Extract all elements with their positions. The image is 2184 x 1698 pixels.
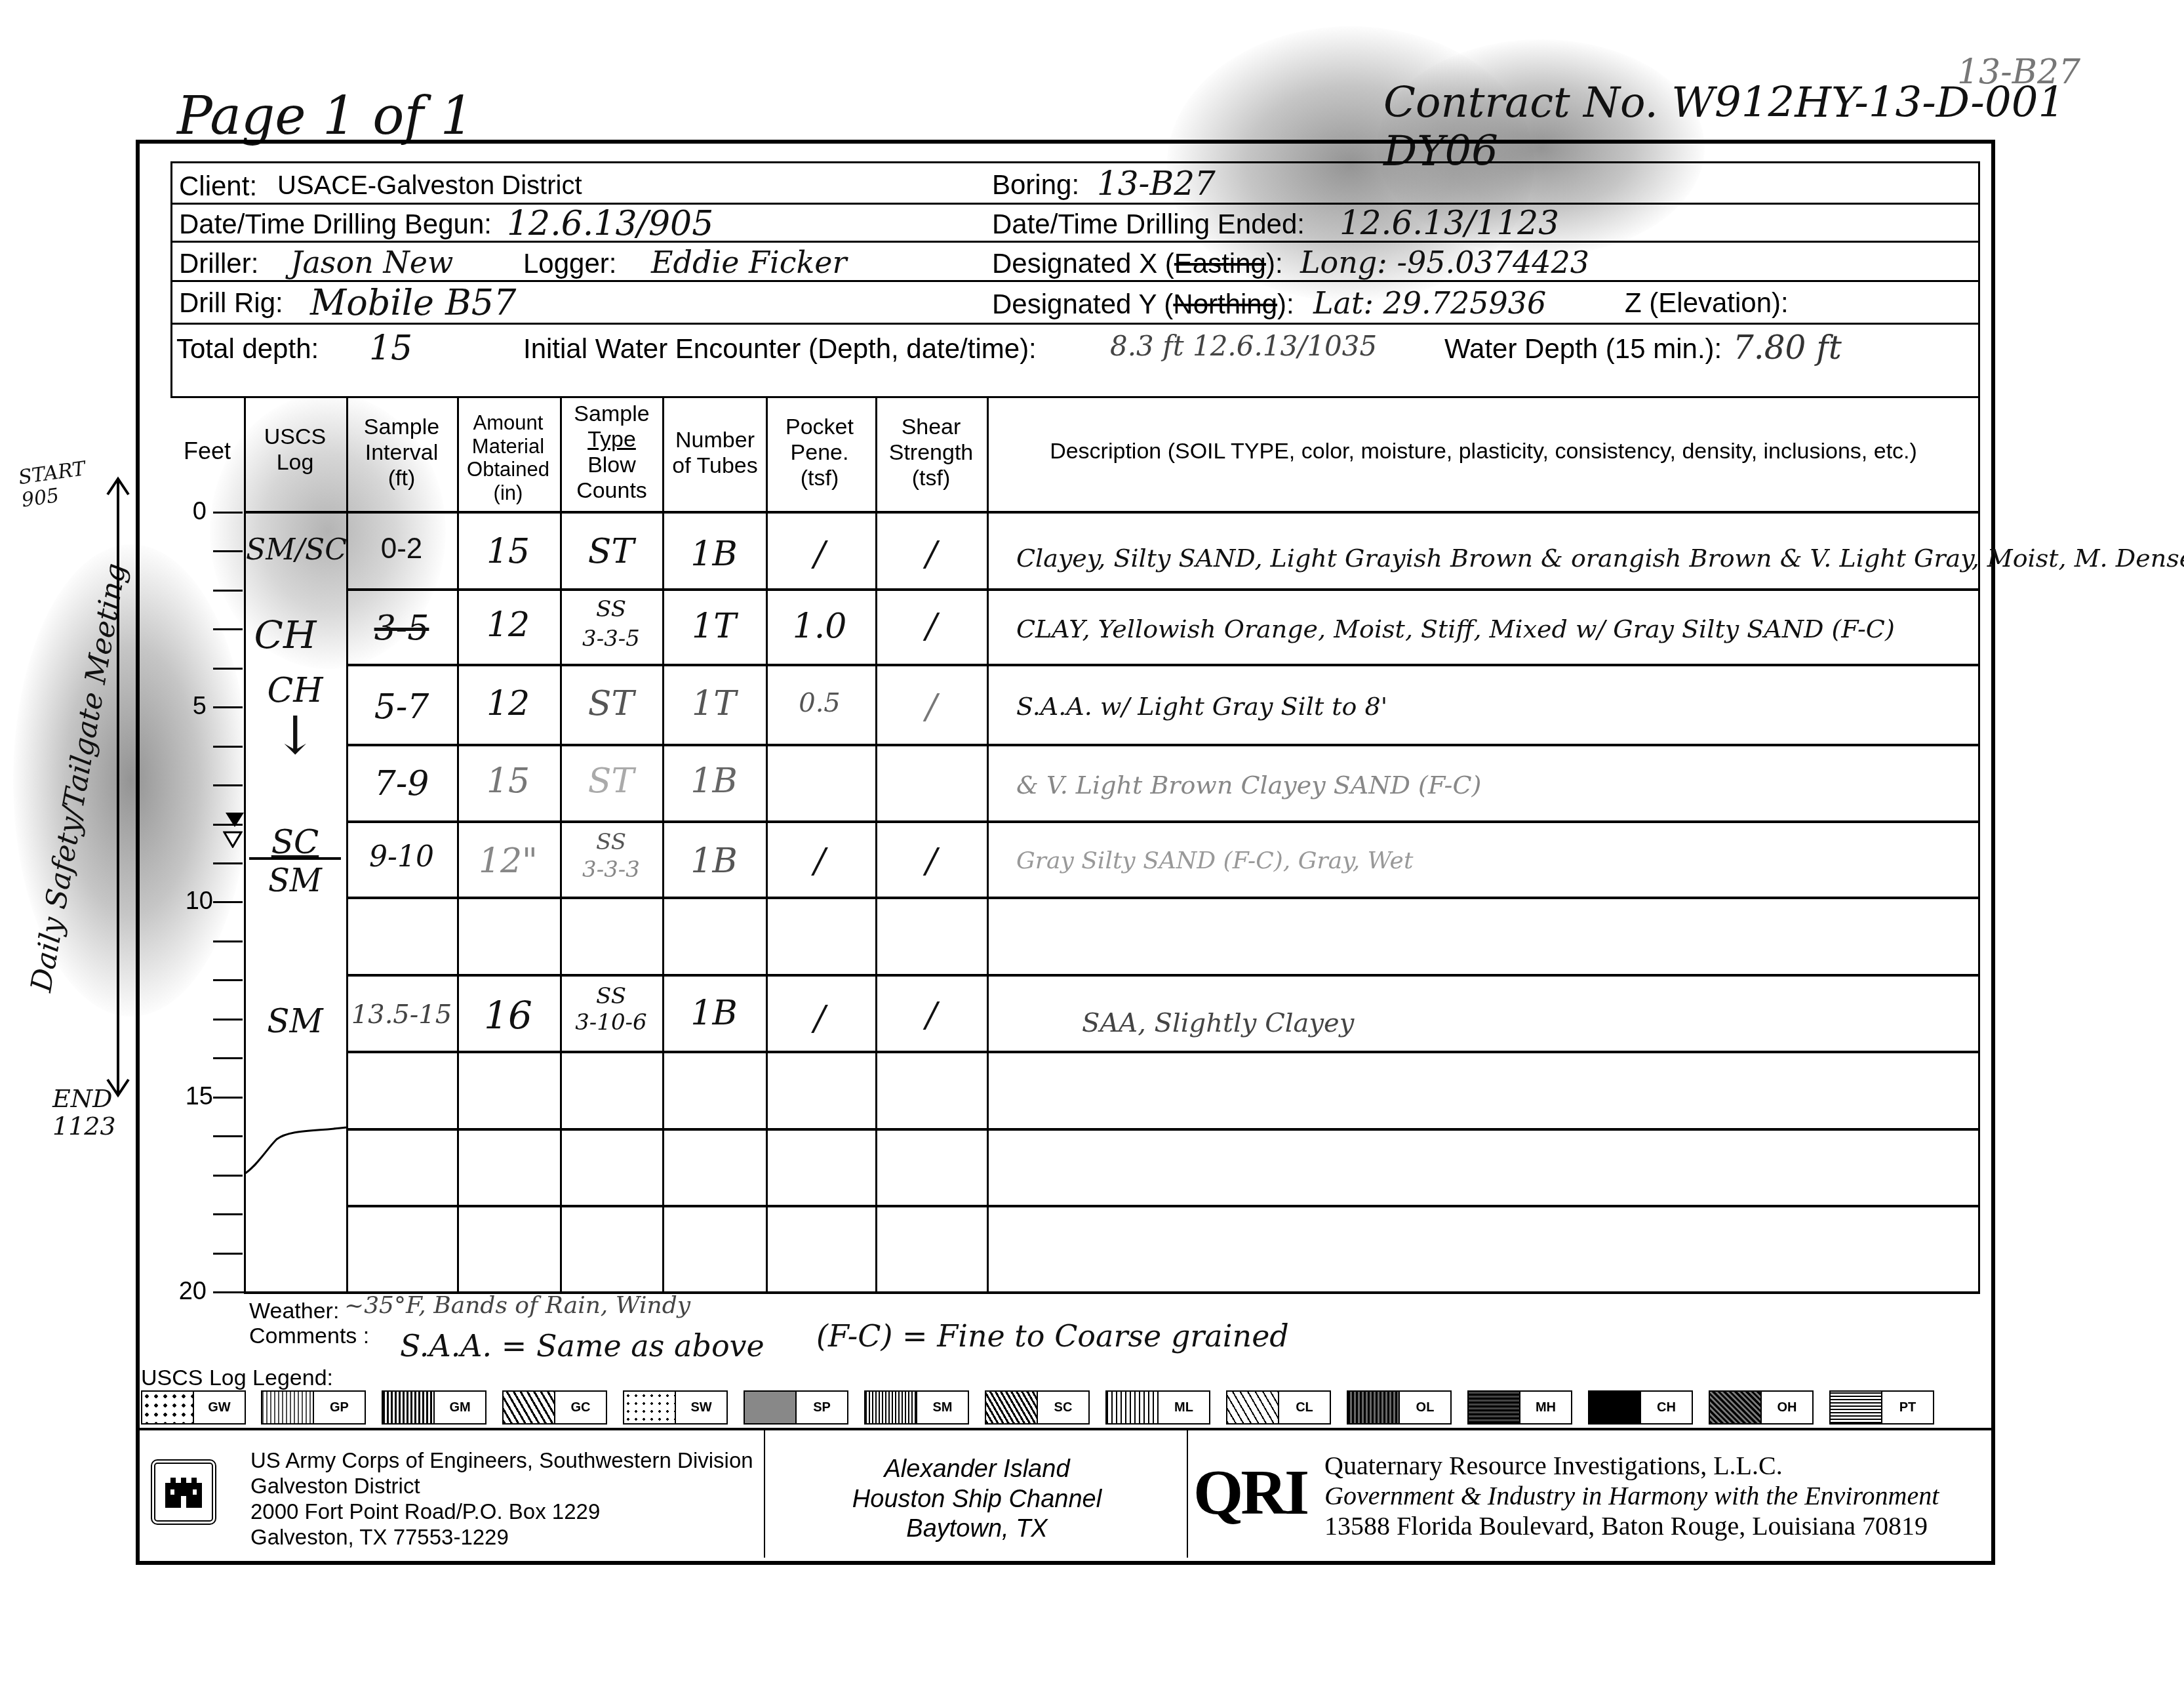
qri-info: Quaternary Resource Investigations, L.L.… bbox=[1324, 1451, 1939, 1541]
water-level-marker-icon bbox=[226, 813, 244, 827]
uscs-entry: SC bbox=[246, 826, 344, 859]
rig-label: Drill Rig: bbox=[179, 289, 283, 317]
legend-gm: GM bbox=[382, 1390, 486, 1425]
organic-clay-pattern-icon bbox=[1710, 1392, 1760, 1423]
water-value[interactable]: 8.3 ft 12.6.13/1035 bbox=[1110, 333, 1377, 360]
footer-divider bbox=[1187, 1430, 1188, 1558]
legend-sp: SP bbox=[744, 1390, 848, 1425]
row-2-pocket: 0.5 bbox=[767, 690, 872, 716]
z-label: Z (Elevation): bbox=[1625, 289, 1789, 317]
row-1-blows: 3-3-5 bbox=[562, 628, 660, 650]
col-type-line1: Sample bbox=[563, 401, 661, 427]
usace-castle-logo-icon bbox=[151, 1459, 216, 1525]
usace-line1: US Army Corps of Engineers, Southwestern… bbox=[250, 1448, 753, 1474]
depth-label-10: 10 bbox=[170, 887, 213, 916]
y-label-prefix: Designated Y ( bbox=[992, 289, 1173, 319]
legend-ch: CH bbox=[1588, 1390, 1693, 1425]
row-6-type: SS bbox=[562, 985, 660, 1007]
row-4-interval: 9-10 bbox=[347, 843, 456, 872]
row-3-type: ST bbox=[562, 764, 660, 798]
boring-label: Boring: bbox=[992, 171, 1079, 199]
usace-line3: 2000 Fort Point Road/P.O. Box 1229 bbox=[250, 1499, 753, 1525]
row-3-amount: 15 bbox=[459, 764, 557, 798]
row-6-interval: 13.5-15 bbox=[347, 1001, 456, 1028]
depth-label-15: 15 bbox=[170, 1083, 213, 1111]
total-depth-value[interactable]: 15 bbox=[369, 331, 412, 365]
row-1-amount: 12 bbox=[459, 608, 557, 642]
site-line1: Alexander Island bbox=[767, 1455, 1187, 1485]
row-6-description: SAA, Slightly Clayey bbox=[1082, 1008, 1354, 1038]
legend-sc: SC bbox=[985, 1390, 1090, 1425]
y-label: Designated Y (Northing): bbox=[992, 291, 1294, 318]
corner-note: 13-B27 bbox=[1957, 52, 2080, 92]
row-2-amount: 12 bbox=[459, 687, 557, 721]
col-description: Description (SOIL TYPE, color, moisture,… bbox=[990, 439, 1977, 464]
footer-divider bbox=[764, 1430, 765, 1558]
row-6-tubes: 1B bbox=[664, 996, 764, 1030]
driller-value[interactable]: Jason New bbox=[290, 247, 453, 277]
depth-label-5: 5 bbox=[170, 693, 207, 721]
col-pocket: Pocket Pene. (tsf) bbox=[770, 414, 869, 491]
row-2-tubes: 1T bbox=[664, 687, 764, 721]
castle-icon bbox=[163, 1474, 205, 1510]
usace-line4: Galveston, TX 77553-1229 bbox=[250, 1525, 753, 1550]
organic-silt-pattern-icon bbox=[1348, 1392, 1399, 1423]
legend-ol: OL bbox=[1347, 1390, 1452, 1425]
clayey-sand-pattern-icon bbox=[986, 1392, 1037, 1423]
uscs-entry: SM bbox=[246, 865, 344, 897]
legend-gp: GP bbox=[261, 1390, 366, 1425]
poor-sand-pattern-icon bbox=[745, 1392, 795, 1423]
client-label: Client: bbox=[179, 172, 257, 200]
gravel-pattern-icon bbox=[142, 1392, 193, 1423]
col-tubes: Number of Tubes bbox=[667, 428, 763, 479]
row-6-blows: 3-10-6 bbox=[562, 1011, 660, 1034]
row-3-tubes: 1B bbox=[664, 764, 764, 798]
row-0-description: Clayey, Silty SAND, Light Grayish Brown … bbox=[1016, 544, 2184, 573]
y-label-struck: Northing bbox=[1173, 289, 1277, 319]
qri-line1: Quaternary Resource Investigations, L.L.… bbox=[1324, 1451, 1939, 1481]
water-level-open-triangle-icon bbox=[223, 831, 243, 848]
legend-ml: ML bbox=[1105, 1390, 1210, 1425]
uscs-boundary-curve bbox=[244, 1126, 349, 1179]
legend-sw: SW bbox=[623, 1390, 728, 1425]
comment-1[interactable]: S.A.A. = Same as above bbox=[400, 1328, 764, 1364]
col-type: Sample Type Blow Counts bbox=[563, 401, 661, 504]
legend-pt: PT bbox=[1829, 1390, 1934, 1425]
boring-value[interactable]: 13-B27 bbox=[1097, 167, 1216, 200]
weather-label: Weather: bbox=[249, 1299, 339, 1324]
row-4-amount: 12" bbox=[459, 844, 557, 878]
y-value[interactable]: Lat: 29.725936 bbox=[1313, 288, 1546, 318]
site-info: Alexander Island Houston Ship Channel Ba… bbox=[767, 1455, 1187, 1545]
row-0-type: ST bbox=[562, 535, 660, 569]
total-depth-label: Total depth: bbox=[176, 335, 319, 363]
row-1-type: SS bbox=[562, 598, 660, 620]
row-2-type: ST bbox=[562, 687, 660, 721]
row-0-pocket: / bbox=[767, 537, 872, 571]
row-6-pocket: / bbox=[767, 1001, 872, 1036]
legend-mh: MH bbox=[1467, 1390, 1572, 1425]
client-value: USACE-Galveston District bbox=[277, 172, 582, 199]
water15-label: Water Depth (15 min.): bbox=[1444, 335, 1722, 363]
row-1-interval: 3-5 bbox=[347, 611, 456, 645]
row-4-type: SS bbox=[562, 831, 660, 853]
row-1-pocket: 1.0 bbox=[767, 609, 872, 643]
row-4-tubes: 1B bbox=[664, 844, 764, 878]
legend-gw: GW bbox=[141, 1390, 246, 1425]
uscs-boundary-line bbox=[249, 857, 341, 860]
legend-sm: SM bbox=[864, 1390, 969, 1425]
uscs-entry: CH bbox=[246, 616, 325, 654]
x-label-prefix: Designated X ( bbox=[992, 248, 1174, 279]
depth-label-20: 20 bbox=[170, 1278, 207, 1306]
row-4-description: Gray Silty SAND (F-C), Gray, Wet bbox=[1016, 847, 1413, 874]
duration-arrow-icon bbox=[98, 472, 138, 1102]
col-interval: Sample Interval (ft) bbox=[351, 414, 452, 491]
row-4-shear: / bbox=[877, 844, 985, 878]
qri-line2: Government & Industry in Harmony with th… bbox=[1324, 1481, 1939, 1511]
legend-oh: OH bbox=[1709, 1390, 1814, 1425]
weather-value[interactable]: ~35°F, Bands of Rain, Windy bbox=[344, 1292, 690, 1319]
site-line3: Baytown, TX bbox=[767, 1514, 1187, 1545]
water-label: Initial Water Encounter (Depth, date/tim… bbox=[523, 335, 1037, 363]
row-0-shear: / bbox=[877, 537, 985, 571]
x-label: Designated X (Easting): bbox=[992, 250, 1283, 277]
legend-gc: GC bbox=[502, 1390, 607, 1425]
uscs-entry: SM bbox=[246, 1005, 344, 1038]
col-type-line3: Blow Counts bbox=[563, 453, 661, 504]
uscs-arrow: ↓ bbox=[246, 710, 344, 762]
row-0-amount: 15 bbox=[459, 535, 557, 569]
elastic-silt-pattern-icon bbox=[1469, 1392, 1519, 1423]
col-amount: Amount Material Obtained (in) bbox=[459, 411, 557, 505]
row-1-tubes: 1T bbox=[664, 609, 764, 643]
row-3-interval: 7-9 bbox=[347, 767, 456, 801]
site-line2: Houston Ship Channel bbox=[767, 1485, 1187, 1515]
begun-value[interactable]: 12.6.13/905 bbox=[507, 207, 713, 241]
x-value[interactable]: Long: -95.0374423 bbox=[1300, 247, 1589, 277]
depth-label-0: 0 bbox=[170, 498, 207, 526]
row-6-shear: / bbox=[877, 998, 985, 1032]
row-1-shear: / bbox=[877, 609, 985, 643]
col-shear: Shear Strength (tsf) bbox=[879, 414, 983, 491]
y-label-suffix: ): bbox=[1277, 289, 1294, 319]
ended-value[interactable]: 12.6.13/1123 bbox=[1340, 207, 1559, 239]
gravel-poor-pattern-icon bbox=[262, 1392, 313, 1423]
uscs-legend: GW GP GM GC SW SP SM SC ML CL OL MH CH O… bbox=[138, 1387, 1993, 1430]
usace-address: US Army Corps of Engineers, Southwestern… bbox=[250, 1448, 753, 1550]
row-2-description: S.A.A. w/ Light Gray Silt to 8' bbox=[1016, 692, 1387, 721]
page-number: Page 1 of 1 bbox=[177, 85, 473, 146]
comment-2[interactable]: (F-C) = Fine to Coarse grained bbox=[816, 1318, 1289, 1354]
row-4-blows: 3-3-3 bbox=[562, 859, 660, 881]
uscs-entry: CH bbox=[246, 674, 344, 708]
water15-value[interactable]: 7.80 ft bbox=[1733, 331, 1842, 364]
legend-cl: CL bbox=[1226, 1390, 1331, 1425]
row-0-tubes: 1B bbox=[664, 537, 764, 571]
header-block: Client: USACE-Galveston District Boring:… bbox=[170, 161, 1980, 398]
comments-label: Comments : bbox=[249, 1324, 369, 1349]
col-feet: Feet bbox=[170, 437, 244, 464]
x-label-struck: Easting bbox=[1174, 248, 1266, 279]
logger-value[interactable]: Eddie Ficker bbox=[651, 247, 847, 277]
fat-clay-pattern-icon bbox=[1589, 1392, 1640, 1423]
boring-log-table: Feet USCS Log Sample Interval (ft) Amoun… bbox=[170, 398, 1980, 1293]
row-3-description: & V. Light Brown Clayey SAND (F-C) bbox=[1016, 771, 1481, 799]
x-label-suffix: ): bbox=[1266, 248, 1283, 279]
col-type-line2: Type bbox=[563, 427, 661, 453]
col-uscs: USCS Log bbox=[262, 424, 328, 475]
silt-pattern-icon bbox=[1107, 1392, 1157, 1423]
qri-logo: QRI bbox=[1193, 1456, 1307, 1529]
clayey-gravel-pattern-icon bbox=[504, 1392, 554, 1423]
silty-gravel-pattern-icon bbox=[383, 1392, 433, 1423]
footer: US Army Corps of Engineers, Southwestern… bbox=[138, 1430, 1993, 1561]
sand-pattern-icon bbox=[624, 1392, 675, 1423]
usace-line2: Galveston District bbox=[250, 1474, 753, 1499]
logger-label: Logger: bbox=[523, 250, 616, 277]
driller-label: Driller: bbox=[179, 250, 258, 277]
lean-clay-pattern-icon bbox=[1227, 1392, 1278, 1423]
uscs-entry: SM/SC bbox=[246, 536, 344, 565]
rig-value[interactable]: Mobile B57 bbox=[310, 285, 516, 321]
row-2-shear: / bbox=[877, 690, 985, 724]
peat-pattern-icon bbox=[1831, 1392, 1881, 1423]
row-2-interval: 5-7 bbox=[347, 690, 456, 724]
row-0-interval: 0-2 bbox=[347, 535, 456, 563]
row-4-pocket: / bbox=[767, 844, 872, 878]
silty-sand-pattern-icon bbox=[865, 1392, 916, 1423]
begun-label: Date/Time Drilling Begun: bbox=[179, 211, 492, 238]
row-1-description: CLAY, Yellowish Orange, Moist, Stiff, Mi… bbox=[1016, 615, 1895, 643]
qri-line3: 13588 Florida Boulevard, Baton Rouge, Lo… bbox=[1324, 1511, 1939, 1541]
ended-label: Date/Time Drilling Ended: bbox=[992, 211, 1305, 238]
row-6-amount: 16 bbox=[459, 996, 557, 1034]
